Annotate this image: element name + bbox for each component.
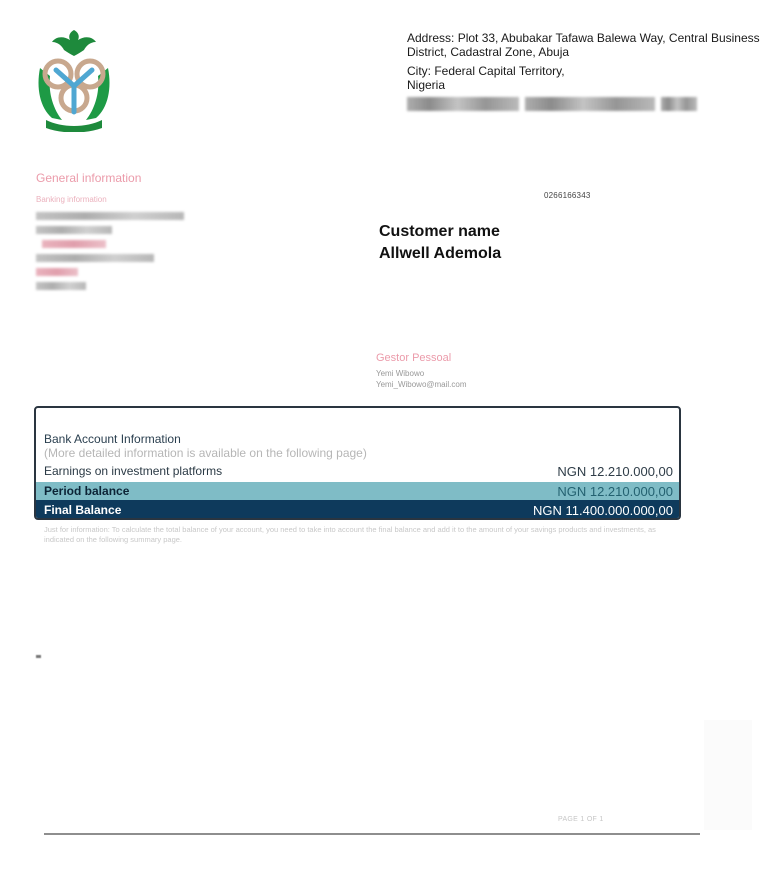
row-label: Final Balance: [44, 503, 121, 517]
central-bank-crest-icon: [34, 28, 114, 132]
redacted-text: [407, 97, 519, 111]
balance-footnote: Just for information: To calculate the t…: [44, 525, 684, 545]
bank-city-line-2: Nigeria: [407, 78, 767, 92]
summary-heading: Bank Account Information: [44, 432, 181, 446]
bank-account-summary: Bank Account Information (More detailed …: [34, 406, 681, 520]
customer-name: Allwell Ademola: [379, 245, 501, 263]
personal-manager-title: Gestor Pessoal: [376, 352, 451, 364]
row-label: Earnings on investment platforms: [44, 464, 222, 478]
row-amount: NGN 12.210.000,00: [557, 464, 673, 479]
account-number: 0266166343: [544, 191, 591, 200]
row-amount: NGN 12.210.000,00: [557, 484, 673, 499]
central-bank-logo: [34, 28, 114, 132]
summary-row-final-balance: Final Balance NGN 11.400.000.000,00: [36, 500, 679, 520]
summary-note: (More detailed information is available …: [44, 446, 367, 460]
page-indicator: PAGE 1 OF 1: [558, 816, 604, 823]
redacted-text: [36, 254, 154, 262]
redacted-text: [36, 268, 78, 276]
redacted-text: [36, 212, 184, 220]
bank-address: Address: Plot 33, Abubakar Tafawa Balewa…: [407, 31, 767, 59]
general-information-title: General information: [36, 171, 141, 185]
banking-information-subtitle: Banking information: [36, 195, 107, 204]
redacted-text: [42, 240, 106, 248]
summary-row-period-balance: Period balance NGN 12.210.000,00: [36, 482, 679, 500]
page-mark: [36, 655, 41, 658]
faint-panel: [704, 720, 752, 830]
redacted-text: [525, 97, 655, 111]
bank-city-line-1: City: Federal Capital Territory,: [407, 64, 767, 78]
customer-name-label: Customer name: [379, 223, 500, 241]
redacted-text: [36, 226, 112, 234]
footer-divider: [44, 833, 700, 835]
row-label: Period balance: [44, 484, 129, 498]
row-amount: NGN 11.400.000.000,00: [533, 503, 673, 518]
redacted-text: [36, 282, 86, 290]
personal-manager-name: Yemi Wibowo: [376, 369, 424, 378]
personal-manager-email: Yemi_Wibowo@mail.com: [376, 380, 467, 389]
summary-row-earnings: Earnings on investment platforms NGN 12.…: [36, 462, 679, 480]
redacted-text: [661, 97, 697, 111]
redacted-contact-line: [407, 97, 767, 111]
bank-address-block: Address: Plot 33, Abubakar Tafawa Balewa…: [407, 31, 767, 111]
